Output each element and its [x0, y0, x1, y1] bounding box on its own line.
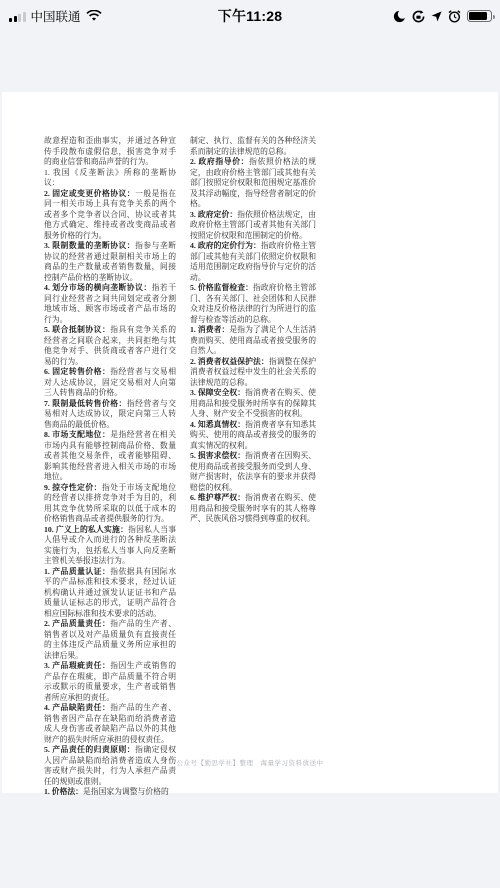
paragraph: 制定、执行、监督有关的各种经济关系而制定的法律规范的总称。	[190, 136, 316, 157]
paragraph: 5. 价格监督检查：指政府价格主管部门、各有关部门、社会团体和人民群众对违反价格…	[190, 283, 316, 325]
term: 2. 政府指导价：	[190, 157, 249, 166]
paragraph: 10. 广义上的私人实施：指因私人当事人倡导或介入而进行的各种反垄断法实施行为，…	[44, 525, 176, 567]
definition: 1. 我国《反垄断法》所称的垄断协议：	[44, 168, 176, 188]
watermark-footer: 公众号【勤思学社】整理 海量学习资料放送中	[2, 758, 498, 767]
term: 4. 产品缺陷责任：	[44, 703, 110, 712]
paragraph: 8. 市场支配地位：是指经营者在相关市场内具有能够控制商品价格、数量或者其他交易…	[44, 430, 176, 483]
term: 1. 价格法：	[44, 787, 83, 796]
paragraph: 3. 产品瑕疵责任：指因生产或销售的产品存在瑕疵，即产品质量不符合明示或默示的质…	[44, 661, 176, 703]
term: 8. 市场支配地位：	[44, 430, 110, 439]
paragraph: 7. 限制最低转售价格：指经营者与交易相对人达成协议，限定向第三人转售商品的最低…	[44, 399, 176, 431]
term: 5. 产品责任的归责原则：	[44, 745, 135, 754]
do-not-disturb-moon-icon	[393, 10, 406, 23]
paragraph: 3. 限制数量的垄断协议：指参与垄断协议的经营者通过限制相关市场上的商品的生产数…	[44, 241, 176, 283]
paragraph: 5. 联合抵制协议：指具有竞争关系的经营者之间联合起来，共同拒绝与其他竞争对手、…	[44, 325, 176, 367]
definition: 制定、执行、监督有关的各种经济关系而制定的法律规范的总称。	[190, 136, 316, 156]
term: 10. 广义上的私人实施：	[44, 525, 128, 534]
paragraph: 1. 消费者：是指为了满足个人生活消费而购买、使用商品或者接受服务的自然人。	[190, 325, 316, 357]
term: 6. 固定转售价格：	[44, 367, 110, 376]
paragraph: 2. 政府指导价：指依照价格法的规定，由政府价格主管部门或其他有关部门按照定价权…	[190, 157, 316, 210]
term: 4. 政府的定价行为：	[190, 241, 261, 250]
paragraph: 4. 知悉真情权：指消费者享有知悉其购买、使用的商品或者接受的服务的真实情况的权…	[190, 420, 316, 452]
battery-icon	[467, 10, 492, 22]
term: 6. 维护尊严权：	[190, 493, 245, 502]
term: 5. 损害求偿权：	[190, 451, 245, 460]
term: 3. 政府定价：	[190, 210, 237, 219]
paragraph: 4. 产品缺陷责任：指产品的生产者、销售者因产品存在缺陷而给消费者造成人身伤害或…	[44, 703, 176, 745]
term: 5. 价格监督检查：	[190, 283, 253, 292]
document-page[interactable]: 故意捏造和歪曲事实，并通过各种宣传手段散布虚假信息，损害竞争对手的商业信誉和商品…	[2, 92, 498, 793]
paragraph: 2. 消费者权益保护法：指调整在保护消费者权益过程中发生的社会关系的法律规范的总…	[190, 357, 316, 389]
paragraph: 9. 掠夺性定价：指处于市场支配地位的经营者以排挤竞争对手为目的，利用其竞争优势…	[44, 483, 176, 525]
definition: 是指国家为调整与价格的	[83, 787, 169, 796]
term: 1. 产品质量认证：	[44, 567, 110, 576]
alarm-clock-icon	[448, 10, 461, 23]
term: 4. 知悉真情权：	[190, 420, 245, 429]
paragraph: 4. 政府的定价行为：指政府价格主管部门或其他有关部门依照定价权限和适用范围制定…	[190, 241, 316, 283]
term: 5. 联合抵制协议：	[44, 325, 110, 334]
paragraph: 故意捏造和歪曲事实，并通过各种宣传手段散布虚假信息，损害竞争对手的商业信誉和商品…	[44, 136, 176, 168]
paragraph: 6. 固定转售价格：指经营者与交易相对人达成协议，固定交易相对人向第三人转售商品…	[44, 367, 176, 399]
paragraph: 2. 固定或变更价格协议：一般是指在同一相关市场上具有竞争关系的两个或者多个竞争…	[44, 189, 176, 242]
term: 4. 划分市场的横向垄断协议：	[44, 283, 152, 292]
definition: 故意捏造和歪曲事实，并通过各种宣传手段散布虚假信息，损害竞争对手的商业信誉和商品…	[44, 136, 176, 166]
location-arrow-icon	[431, 11, 442, 22]
wifi-icon	[86, 10, 102, 22]
paragraph: 1. 价格法：是指国家为调整与价格的	[44, 787, 176, 798]
term: 3. 保障安全权：	[190, 388, 245, 397]
paragraph: 1. 产品质量认证：指依据具有国际水平的产品标准和技术要求，经过认证机构确认并通…	[44, 567, 176, 620]
paragraph: 5. 损害求偿权：指消费者在因购买、使用商品或者接受服务而受到人身、财产损害时，…	[190, 451, 316, 493]
paragraph: 3. 政府定价：指依照价格法规定，由政府价格主管部门或者其他有关部门按照定价权限…	[190, 210, 316, 242]
term: 1. 消费者：	[190, 325, 229, 334]
term: 3. 产品瑕疵责任：	[44, 661, 110, 670]
status-bar: 中国联通 下午11:28	[0, 0, 500, 32]
text-column-left: 故意捏造和歪曲事实，并通过各种宣传手段散布虚假信息，损害竞争对手的商业信誉和商品…	[44, 136, 176, 798]
term: 9. 掠夺性定价：	[44, 483, 102, 492]
term: 2. 固定或变更价格协议：	[44, 189, 135, 198]
term: 3. 限制数量的垄断协议：	[44, 241, 135, 250]
text-column-right: 制定、执行、监督有关的各种经济关系而制定的法律规范的总称。 2. 政府指导价：指…	[190, 136, 316, 525]
carrier-label: 中国联通	[31, 7, 81, 25]
paragraph: 2. 产品质量责任：指产品的生产者、销售者以及对产品质量负有直接责任的主体违反产…	[44, 619, 176, 661]
paragraph: 4. 划分市场的横向垄断协议：指若干同行业经营者之间共同划定或者分割地域市场、顾…	[44, 283, 176, 325]
screen: { "status_bar": { "carrier": "中国联通", "ti…	[0, 0, 500, 888]
paragraph: 3. 保障安全权：指消费者在购买、使用商品和接受服务时所享有的保障其人身、财产安…	[190, 388, 316, 420]
term: 2. 消费者权益保护法：	[190, 357, 269, 366]
term: 7. 限制最低转售价格：	[44, 399, 127, 408]
cellular-signal-icon	[9, 11, 26, 22]
rotation-lock-icon	[412, 10, 425, 23]
paragraph: 1. 我国《反垄断法》所称的垄断协议：	[44, 168, 176, 189]
term: 2. 产品质量责任：	[44, 619, 110, 628]
paragraph: 6. 维护尊严权：指消费者在购买、使用商品和接受服务时享有的其人格尊严、民族风俗…	[190, 493, 316, 525]
